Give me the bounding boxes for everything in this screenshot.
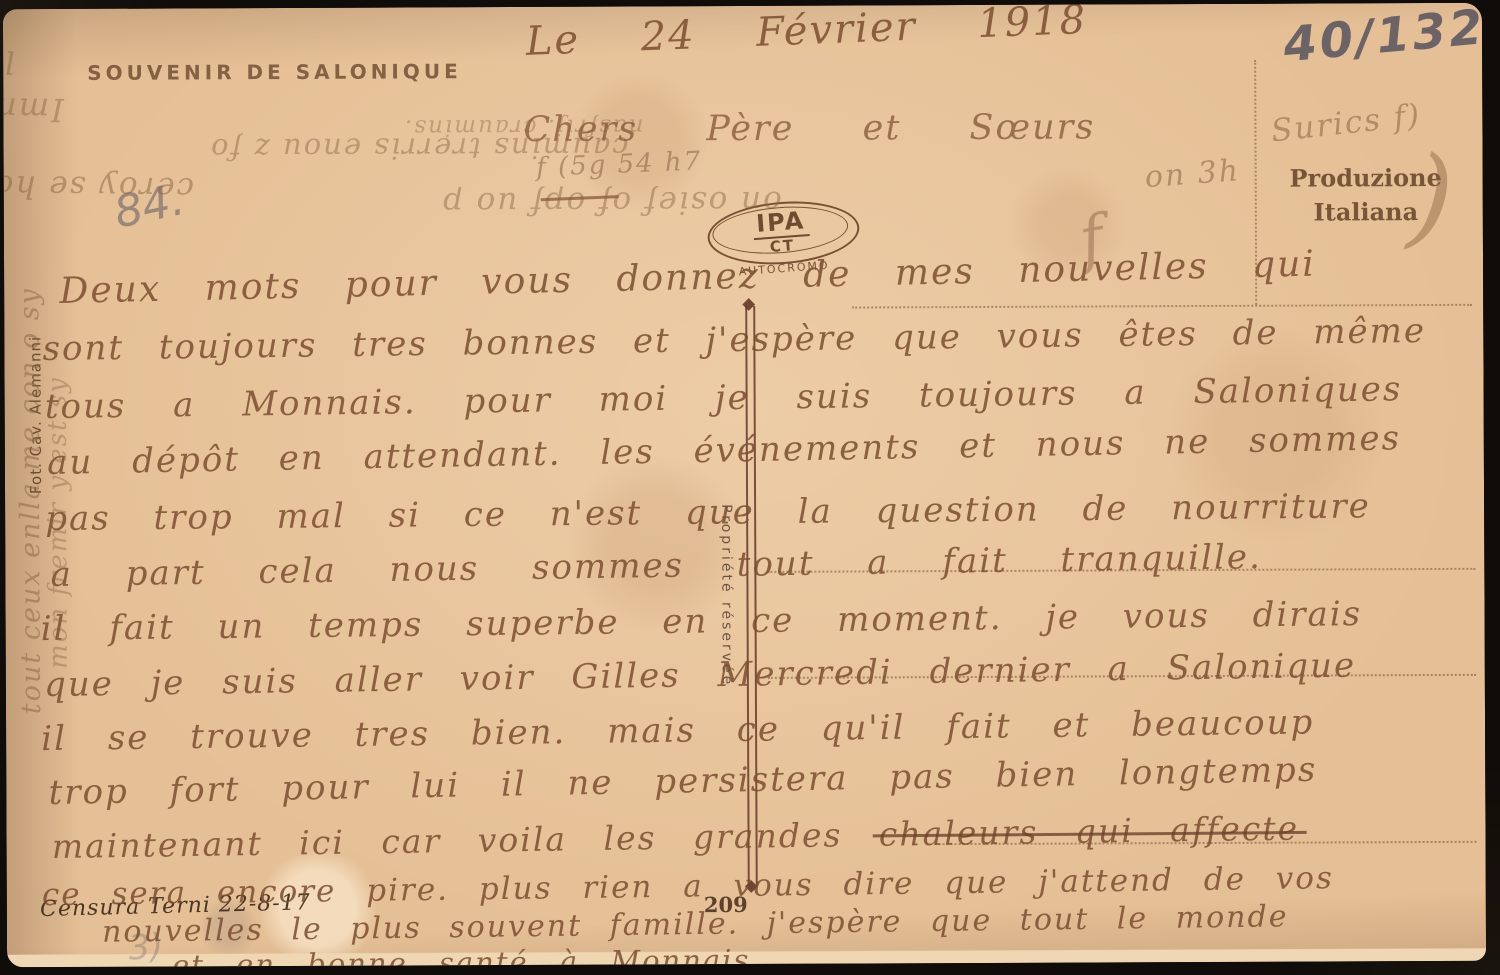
handwriting-line: sont toujours tres bonnes et j'espère qu…	[42, 311, 1426, 369]
handwriting-text: que je suis aller voir Gilles Mercredi d…	[44, 646, 1357, 705]
handwriting-line: trop fort pour lui il ne persistera pas …	[48, 750, 1317, 813]
handwriting-text: sont toujours tres bonnes et j'espère qu…	[42, 311, 1426, 369]
pencil-catalog-number: 40/132	[1281, 3, 1486, 74]
faint-script-fragment: on 3h	[1144, 153, 1242, 195]
faint-script-fragment: Imnouving don uop	[3, 86, 64, 129]
handwriting-line: que je suis aller voir Gilles Mercredi d…	[44, 646, 1357, 705]
handwriting-line: Deux mots pour vous donnez de mes nouvel…	[59, 244, 1316, 312]
handwriting-line: il se trouve tres bien. mais ce qu'il fa…	[41, 702, 1315, 759]
faint-script-fragment: ceroy se hompus enou	[3, 165, 194, 206]
faint-script-fragment: leet o voyou hy dess y fo	[3, 43, 15, 88]
handwriting-line: a part cela nous sommes tout a fait tran…	[50, 537, 1262, 595]
handwriting-text: il fait un temps superbe en ce moment. j…	[41, 594, 1363, 649]
postcard-back: SOUVENIR DE SALONIQUE Le 24 Février 1918…	[3, 3, 1486, 967]
postcard-photo: SOUVENIR DE SALONIQUE Le 24 Février 1918…	[0, 0, 1500, 975]
handwriting-text: pas trop mal si ce n'est que la question…	[45, 486, 1371, 539]
address-dotted-line	[852, 304, 1472, 309]
faint-script-fragment: nasfrij. craumins.	[403, 113, 644, 140]
handwriting-line: pas trop mal si ce n'est que la question…	[45, 486, 1371, 539]
handwriting-text: tous a Monnais. pour moi je suis toujour…	[45, 369, 1403, 427]
handwriting-text: au dépôt en attendant. les événements et…	[47, 418, 1402, 483]
faint-script-fragment: f (5g 54 h7	[536, 146, 703, 182]
handwriting-text: Deux mots pour vous donnez de mes nouvel…	[59, 244, 1316, 312]
handwriting-line: au dépôt en attendant. les événements et…	[47, 418, 1402, 483]
handwriting-text: trop fort pour lui il ne persistera pas …	[48, 750, 1317, 813]
handwriting-line: il fait un temps superbe en ce moment. j…	[41, 594, 1363, 649]
struck-text: chaleurs qui affecte	[879, 809, 1300, 854]
faint-script-fragment: mes se mouveys a sponou sy	[3, 3, 28, 15]
handwriting-text: il se trouve tres bien. mais ce qu'il fa…	[41, 702, 1315, 759]
letter-body: Deux mots pour vous donnez de mes nouvel…	[3, 3, 1482, 9]
margin-script-fragment: mon fremir y est sy	[43, 376, 74, 669]
faint-script-fragment: on osief of opf uo p	[441, 184, 782, 221]
faint-script-fragment: )	[1405, 131, 1460, 262]
faint-overwriting: mes se mouveys a sponou syleet o voyou h…	[3, 3, 1482, 9]
handwriting-line: maintenant ici car voila les grandes cha…	[51, 809, 1299, 867]
faint-script-fragment: Surics f)	[1269, 97, 1423, 149]
handwriting-text: a part cela nous sommes tout a fait tran…	[50, 537, 1262, 595]
handwritten-date: Le 24 Février 1918	[525, 3, 1088, 65]
handwriting-line: tous a Monnais. pour moi je suis toujour…	[45, 369, 1403, 427]
souvenir-title: SOUVENIR DE SALONIQUE	[87, 59, 462, 85]
